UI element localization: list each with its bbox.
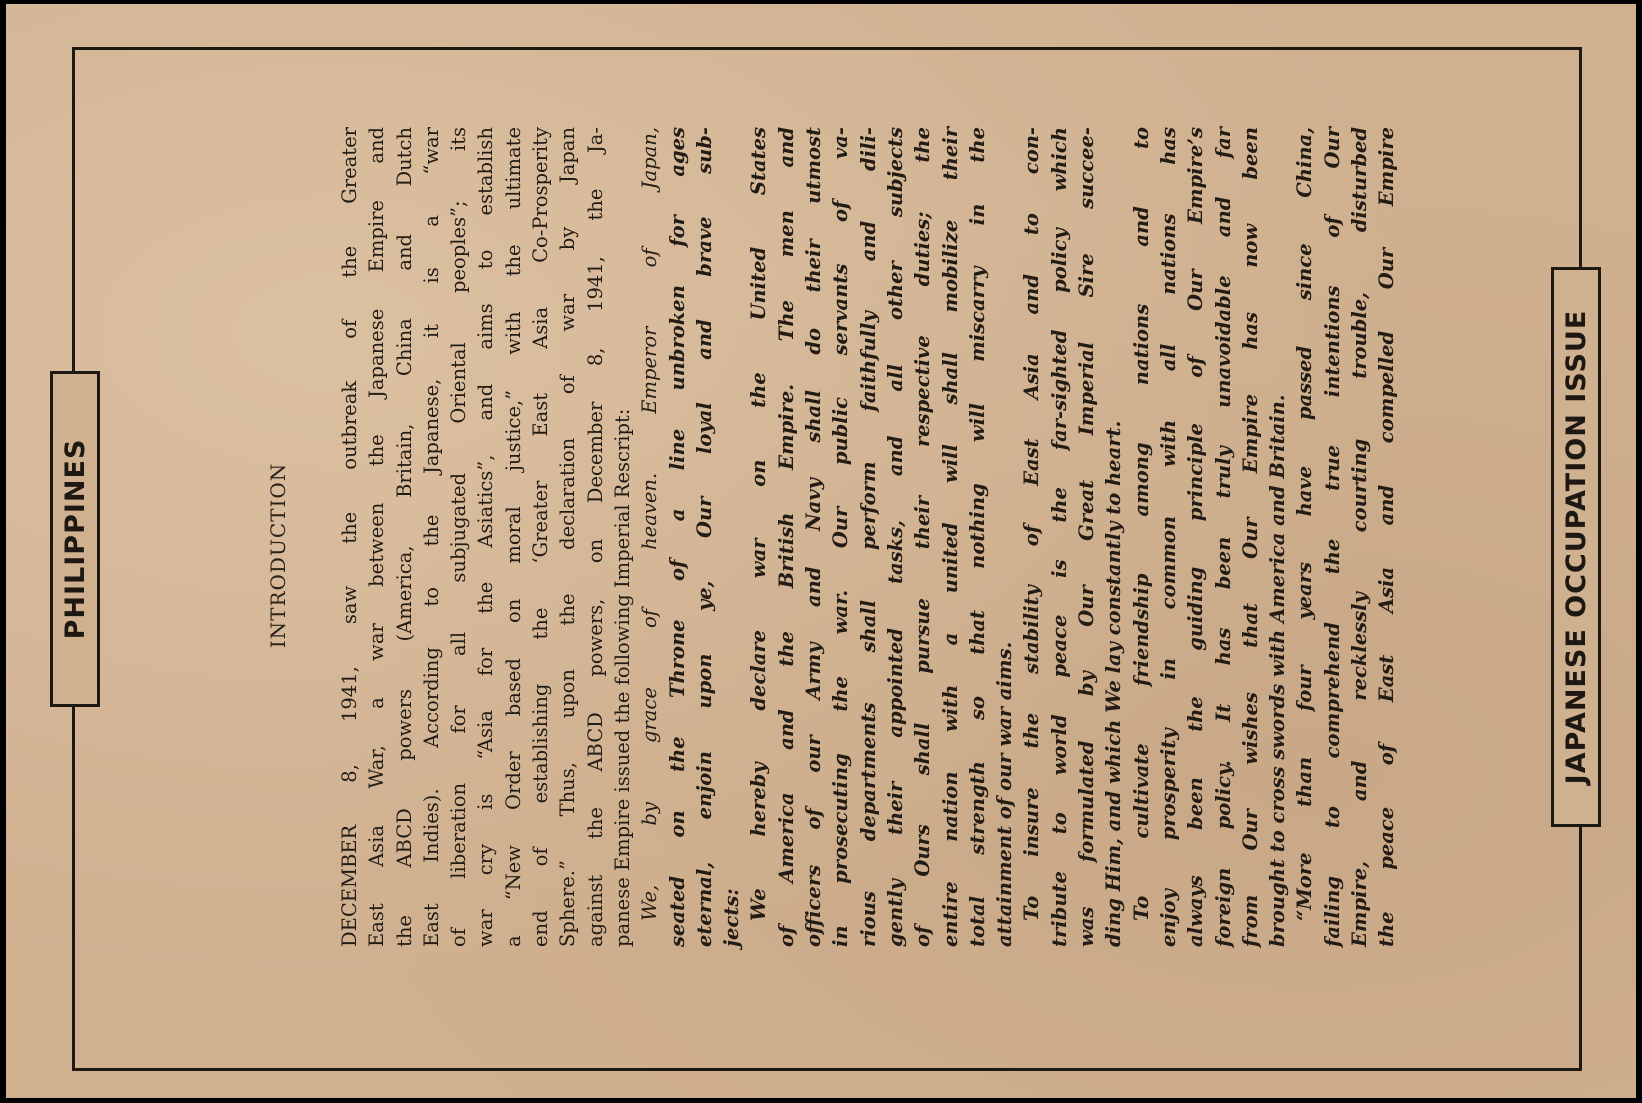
- text-line: Sphere.” Thus, upon the declaration of w…: [554, 127, 581, 947]
- text-line: the peace of East Asia and compelled Our…: [1373, 127, 1400, 947]
- text-line: seated on the Throne of a line unbroken …: [664, 127, 691, 947]
- issue-label: JAPANESE OCCUPATION ISSUE: [1551, 267, 1601, 827]
- text-line: To cultivate friendship among nations an…: [1128, 127, 1155, 947]
- text-line: the ABCD powers (America, Britain, China…: [391, 127, 418, 947]
- text-line: gently their appointed tasks, and all ot…: [882, 127, 909, 947]
- text-line: East Indies). According to the Japanese,…: [418, 127, 445, 947]
- text-line: against the ABCD powers, on December 8, …: [582, 127, 609, 947]
- text-line: To insure the stability of East Asia and…: [1018, 127, 1045, 947]
- text-line: tribute to world peace is the far-sighte…: [1046, 127, 1073, 947]
- text-line: entire nation with a united will shall m…: [937, 127, 964, 947]
- text-line: officers of our Army and Navy shall do t…: [800, 127, 827, 947]
- text-line: panese Empire issued the following Imper…: [609, 127, 636, 947]
- text-line: always been the guiding principle of Our…: [1182, 127, 1209, 947]
- text-line: of liberation for all subjugated Orienta…: [445, 127, 472, 947]
- text-line: jects:: [718, 127, 745, 947]
- text-line: ding Him, and which We lay constantly to…: [1100, 127, 1127, 947]
- text-line: East Asia War, a war between the Japanes…: [363, 127, 390, 947]
- text-line: foreign policy. It has been truly unavoi…: [1210, 127, 1237, 947]
- document-sheet: PHILIPPINES JAPANESE OCCUPATION ISSUE IN…: [6, 4, 1636, 1098]
- text-line: Empire, and recklessly courting trouble,…: [1346, 127, 1373, 947]
- text-line: a “New Order based on moral justice,” wi…: [500, 127, 527, 947]
- text-line: attainment of our war aims.: [991, 127, 1018, 947]
- page-title: INTRODUCTION: [266, 4, 290, 1103]
- text-line: total strength so that nothing will misc…: [964, 127, 991, 947]
- body-text: DECEMBER 8, 1941, saw the outbreak of th…: [336, 127, 1401, 947]
- country-label: PHILIPPINES: [50, 371, 100, 707]
- text-line: from Our wishes that Our Empire has now …: [1237, 127, 1264, 947]
- text-line: of America and the British Empire. The m…: [773, 127, 800, 947]
- text-line: war cry is “Asia for the Asiatics”, and …: [472, 127, 499, 947]
- text-line: rious departments shall perform faithful…: [855, 127, 882, 947]
- text-line: enjoy prosperity in common with all nati…: [1155, 127, 1182, 947]
- text-line: end of establishing the ‘Greater East As…: [527, 127, 554, 947]
- text-line: was formulated by Our Great Imperial Sir…: [1073, 127, 1100, 947]
- text-line: brought to cross swords with America and…: [1264, 127, 1291, 947]
- text-line: We hereby declare war on the United Stat…: [745, 127, 772, 947]
- text-line: We, by grace of heaven. Emperor of Japan…: [636, 127, 663, 947]
- text-line: in prosecuting the war. Our public serva…: [827, 127, 854, 947]
- rotated-page: PHILIPPINES JAPANESE OCCUPATION ISSUE IN…: [6, 4, 1642, 1103]
- text-line: “More than four years have passed since …: [1291, 127, 1318, 947]
- text-line: DECEMBER 8, 1941, saw the outbreak of th…: [336, 127, 363, 947]
- text-line: eternal, enjoin upon ye, Our loyal and b…: [691, 127, 718, 947]
- text-line: of Ours shall pursue their respective du…: [909, 127, 936, 947]
- text-line: failing to comprehend the true intention…: [1319, 127, 1346, 947]
